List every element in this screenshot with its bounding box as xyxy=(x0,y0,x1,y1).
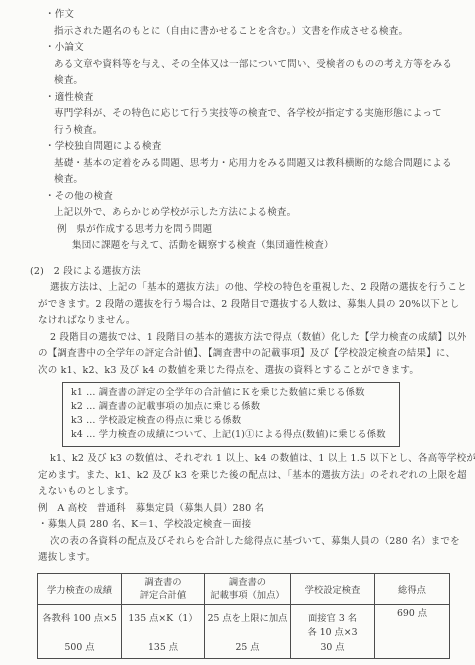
bullet-desc-school-original-1: 基礎・基本の定着をみる問題、思考力・応用力をみる問題又は教科横断的な総合問題によ… xyxy=(0,156,475,173)
example-line-2: 集団に課題を与えて、活動を観察する検査（集団適性検査） xyxy=(0,238,475,255)
cell-report-entries-detail: 25 点を上限に加点 xyxy=(208,610,288,624)
example-school-bullet: ・募集人員 280 名、K＝1、学校設定検査－面接 xyxy=(0,517,475,534)
col-header-report-rating: 調査書の 評定合計値 xyxy=(122,573,205,604)
paragraph2-line2: の【調査書中の全学年の評定合計値】、【調査書中の記載事項】及び【学校設定検査の結… xyxy=(0,346,475,363)
col-header-report-rating-line2: 評定合計値 xyxy=(122,589,204,602)
col-header-academic-test: 学力検査の成績 xyxy=(38,573,122,604)
bullet-desc-short-essay-2: 検査。 xyxy=(0,73,475,90)
bullet-desc-essay: 指示された題名のもとに（自由に書かせることを含む。）文書を作成させる検査。 xyxy=(0,24,475,41)
col-header-school-set-test: 学校設定検査 xyxy=(291,573,375,604)
col-header-report-entries-line2: 記載事項（加点） xyxy=(205,589,290,602)
cell-grand-total: 690 点 xyxy=(375,604,450,658)
bullet-desc-aptitude-1: 専門学科が、その特色に応じて行う実技等の検査で、各学校が指定する実施形態によって xyxy=(0,106,475,123)
bullet-title-essay: ・作文 xyxy=(0,7,475,24)
col-header-report-entries: 調査書の 記載事項（加点） xyxy=(205,573,291,604)
bullet-title-school-original: ・学校独自問題による検査 xyxy=(0,139,475,156)
document-page: ・作文 指示された題名のもとに（自由に書かせることを含む。）文書を作成させる検査… xyxy=(0,0,475,665)
paragraph1-line2: ができます。2 段階の選抜を行う場合は、2 段階目で選抜する人数は、募集人員の … xyxy=(0,297,475,314)
cell-report-entries-total: 25 点 xyxy=(235,639,259,653)
k2-definition: k2 … 調査書の記載事項の加点に乗じる係数 xyxy=(71,400,399,414)
paragraph3-line2: 定めます。また、k1、k2 及び k3 を乗じた後の配点は、「基本的選抜方法」の… xyxy=(0,468,475,485)
table-body-row: 各教科 100 点×5 500 点 135 点×K（1） 135 点 25 点を… xyxy=(38,604,450,658)
col-header-total-score: 総得点 xyxy=(375,573,450,604)
paragraph4-line1: 次の表の各資料の配点及びそれらを合計した総得点に基づいて、募集人員の（280 名… xyxy=(0,534,475,551)
paragraph3-line3: えないものとします。 xyxy=(0,484,475,501)
table-header-row: 学力検査の成績 調査書の 評定合計値 調査書の 記載事項（加点） 学校設定検査 … xyxy=(38,573,450,604)
paragraph2-line3: 次の k1、k2、k3 及び k4 の数値を乗じた得点を、選抜の資料とすることが… xyxy=(0,363,475,380)
cell-school-set-test-total: 30 点 xyxy=(320,639,344,653)
score-allocation-table: 学力検査の成績 調査書の 評定合計値 調査書の 記載事項（加点） 学校設定検査 … xyxy=(37,573,450,659)
example-line-1: 例 県が作成する思考力を問う問題 xyxy=(0,222,475,239)
k3-definition: k3 … 学校設定検査の得点に乗じる係数 xyxy=(71,414,399,428)
col-header-report-rating-line1: 調査書の xyxy=(122,576,204,589)
section-heading-two-stage: (2) 2 段による選抜方法 xyxy=(0,264,475,281)
cell-report-rating: 135 点×K（1） 135 点 xyxy=(122,604,205,658)
bullet-title-short-essay: ・小論文 xyxy=(0,40,475,57)
k1-definition: k1 … 調査書の評定の全学年の合計値にＫを乗じた数値に乗じる係数 xyxy=(71,386,399,400)
coefficient-definition-box: k1 … 調査書の評定の全学年の合計値にＫを乗じた数値に乗じる係数 k2 … 調… xyxy=(62,382,400,447)
bullet-desc-school-original-2: 検査。 xyxy=(0,172,475,189)
paragraph1-line1: 選抜方法は、上記の「基本的選抜方法」の他、学校の特色を重視した、2 段階の選抜を… xyxy=(0,280,475,297)
cell-report-entries: 25 点を上限に加点 25 点 xyxy=(205,604,291,658)
cell-academic-test-detail: 各教科 100 点×5 xyxy=(42,610,117,624)
col-header-report-entries-line1: 調査書の xyxy=(205,576,290,589)
bullet-desc-aptitude-2: 行う検査。 xyxy=(0,123,475,140)
cell-academic-test: 各教科 100 点×5 500 点 xyxy=(38,604,122,658)
example-school-heading: 例 A 高校 普通科 募集定員（募集人員）280 名 xyxy=(0,501,475,518)
cell-school-set-test-line1: 面接官 3 名 xyxy=(308,610,357,624)
k4-definition: k4 … 学力検査の成績について、上記(1)①による得点(数値)に乗じる係数 xyxy=(71,428,399,442)
cell-report-rating-total: 135 点 xyxy=(148,639,178,653)
bullet-desc-short-essay-1: ある文章や資料等を与え、その全体又は一部について問い、受検者のものの考え方等をみ… xyxy=(0,57,475,74)
paragraph2-line1: 2 段階目の選抜では、1 段階目の基本的選抜方法で得点（数値）化した【学力検査の… xyxy=(0,330,475,347)
bullet-title-aptitude: ・適性検査 xyxy=(0,90,475,107)
bullet-title-other: ・その他の検査 xyxy=(0,189,475,206)
paragraph3-line1: k1、k2 及び k3 の数値は、それぞれ 1 以上、k4 の数値は、1 以上 … xyxy=(0,451,475,468)
cell-school-set-test: 面接官 3 名 各 10 点×3 30 点 xyxy=(291,604,375,658)
cell-academic-test-total: 500 点 xyxy=(65,639,95,653)
paragraph4-line2: 選抜します。 xyxy=(0,550,475,567)
bullet-desc-other: 上記以外で、あらかじめ学校が示した方法による検査。 xyxy=(0,205,475,222)
paragraph1-line3: なければなりません。 xyxy=(0,313,475,330)
cell-school-set-test-line2: 各 10 点×3 xyxy=(307,624,357,638)
cell-report-rating-detail: 135 点×K（1） xyxy=(128,610,197,624)
